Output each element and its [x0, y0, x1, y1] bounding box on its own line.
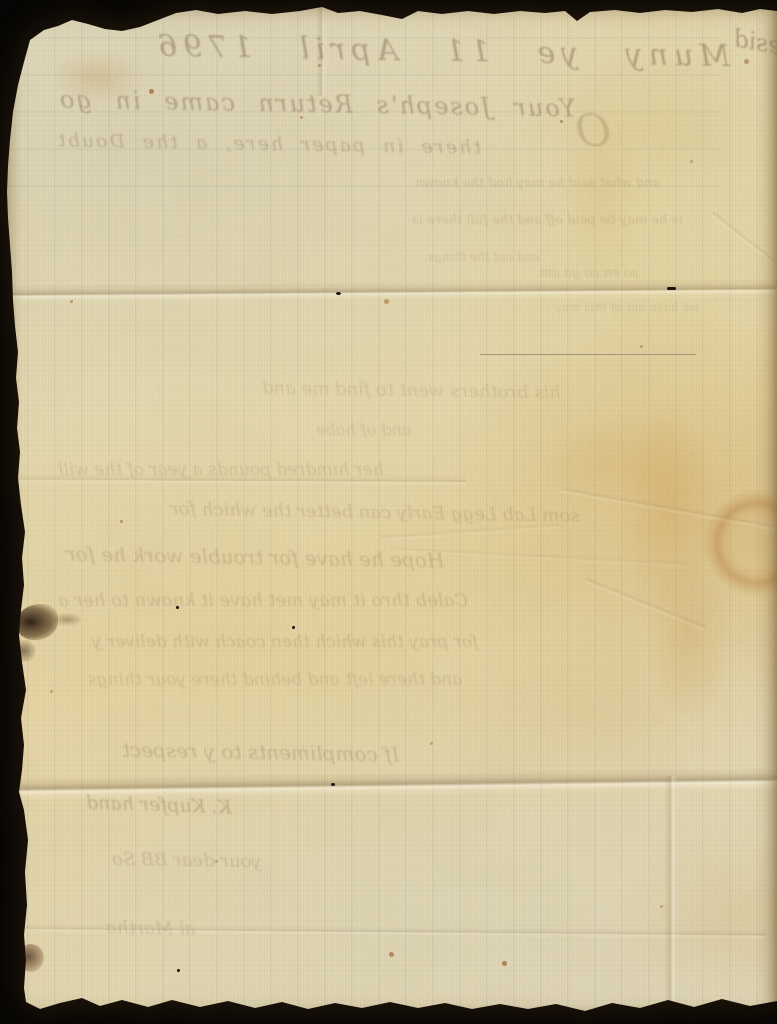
ghost-text-line: and of habe	[316, 420, 411, 439]
ghost-text-line: Caleb thro it may met have it known to h…	[58, 590, 468, 611]
ink-fleck	[331, 783, 335, 786]
ink-blot-left-edge	[16, 604, 58, 640]
foxing-specks	[0, 0, 3, 3]
ghost-text-line: we have out of this may	[555, 300, 700, 314]
wrinkle-line	[390, 545, 690, 569]
ghost-text-line: K. Kupfer hand	[86, 791, 232, 818]
ink-fleck	[292, 626, 295, 629]
ghost-text-line: his brothers went to find me and	[262, 377, 561, 403]
letter-paper: DesidMuny ye 11 April 1796Your Joseph's …	[0, 0, 777, 1024]
ghost-text-line: Desid	[731, 24, 777, 64]
ink-fleck	[667, 287, 676, 290]
ink-blot-bottom-left	[18, 944, 44, 972]
fold-crease-middle-faint	[0, 473, 466, 487]
wrinkle-crease-bottom	[20, 923, 766, 941]
ruled-bleed-rows	[0, 0, 720, 215]
wrinkle-line	[583, 576, 707, 632]
ink-fleck	[336, 292, 341, 295]
ghost-text-line: for pray this which then coach with deli…	[92, 632, 478, 652]
ghost-text-line: and out the things	[428, 250, 539, 264]
ghost-text-line: and there left and behind there your thi…	[88, 670, 462, 690]
ghost-text-line: your dear BB So	[112, 849, 262, 873]
fold-crease-lower	[0, 767, 777, 801]
ghost-text-line: som Lab Legg Early can better the which …	[170, 498, 580, 526]
ghost-text-line: Hope he have for trouble work he for	[66, 542, 445, 573]
vertical-crease-bottom	[664, 776, 678, 1012]
ghost-text-line: so en co go am	[540, 266, 638, 281]
wrinkle-line	[561, 486, 777, 532]
photo-backdrop: { "meta": { "description": "Photograph o…	[0, 0, 777, 1024]
ink-fleck	[176, 606, 179, 609]
wrinkle-line	[380, 522, 560, 543]
ink-blot-smear	[52, 613, 82, 626]
ink-rule-line	[480, 354, 696, 355]
ghost-text-line: al Martha	[106, 917, 196, 940]
ghost-text-line: her hundred pounds a year of the will	[58, 460, 384, 480]
wrinkle-line	[710, 210, 777, 287]
ghost-text-line: If compliments to y respect	[122, 738, 400, 767]
ghost-text-line: is he may be paid off and the full there…	[412, 213, 683, 228]
paper-surface: DesidMuny ye 11 April 1796Your Joseph's …	[0, 0, 777, 1024]
ink-fleck	[177, 969, 180, 972]
fold-crease-upper	[0, 278, 777, 304]
ink-blot-left-edge-small	[12, 640, 36, 662]
